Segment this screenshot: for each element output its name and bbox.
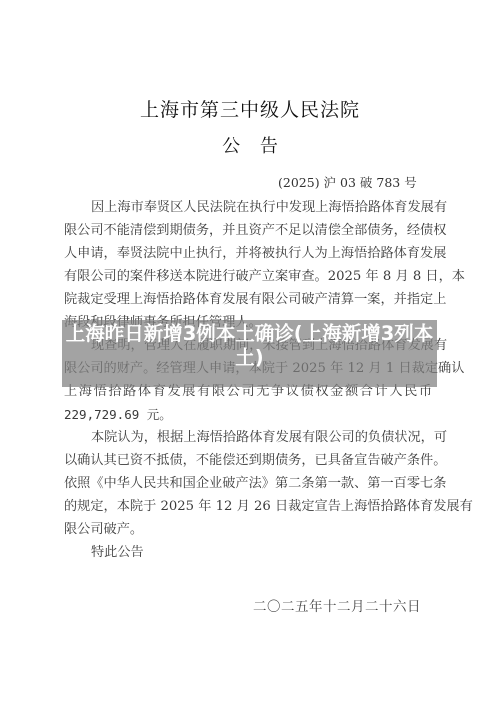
body-line: 依照《中华人民共和国企业破产法》第二条第一款、第一百零七条: [64, 472, 434, 495]
date-signature: 二〇二五年十二月二十六日: [253, 595, 421, 615]
body-line: 的规定，本院于 2025 年 12 月 26 日裁定宣告上海悟拾路体育发展有: [64, 495, 434, 518]
body-line: 有限公司的案件移送本院进行破产立案审查。2025 年 8 月 8 日，本: [64, 265, 434, 288]
body-line: 限公司破产。: [64, 518, 434, 541]
body-line: 229,729.69 元。: [64, 403, 434, 426]
case-number: (2025) 沪 03 破 783 号: [278, 173, 417, 191]
headline-overlay-text: 上海昨日新增3例本土确诊(上海新增3列本土): [62, 322, 437, 370]
body-line: 限公司不能清偿到期债务，并且资产不足以清偿全部债务，经债权: [64, 219, 434, 242]
notice-title: 公 告: [0, 132, 500, 158]
body-line: 因上海市奉贤区人民法院在执行中发现上海悟拾路体育发展有: [64, 196, 434, 219]
body-line: 本院认为，根据上海悟拾路体育发展有限公司的负债状况，可: [64, 426, 434, 449]
court-name: 上海市第三中级人民法院: [0, 95, 500, 122]
closing-line: 特此公告: [64, 541, 434, 564]
body-line: 院裁定受理上海悟拾路体育发展有限公司破产清算一案，并指定上: [64, 288, 434, 311]
body-line: 以确认其已资不抵债，不能偿还到期债务，已具备宣告破产条件。: [64, 449, 434, 472]
body-line: 人申请，奉贤法院中止执行，并将被执行人为上海悟拾路体育发展: [64, 242, 434, 265]
